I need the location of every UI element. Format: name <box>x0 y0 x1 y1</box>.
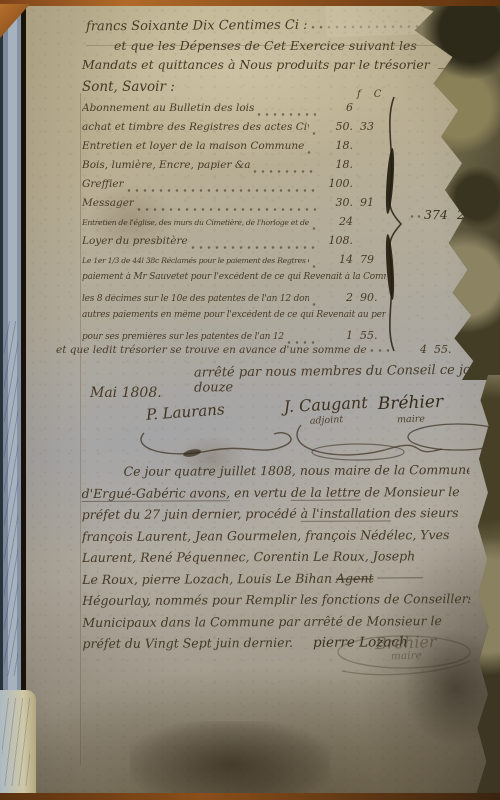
francs-column-header: f <box>357 89 361 100</box>
dotted-leader <box>312 302 316 307</box>
expense-row: Entretien de l'église, des murs du Cimet… <box>82 215 386 234</box>
amount-francs: 18. <box>319 139 353 152</box>
margin-rule-line <box>80 93 81 765</box>
paragraph-text: des sieurs <box>390 505 458 520</box>
total-brace-ink-stroke <box>378 95 408 353</box>
dotted-leader <box>410 214 422 219</box>
expense-label: Bois, lumière, Encre, papier &a <box>82 159 250 171</box>
expense-row: Entretien et loyer de la maison Commune … <box>82 139 386 158</box>
expense-row: Le 1er 1/3 de 44l 38c Réclamés pour le p… <box>82 253 386 272</box>
paragraph-line: d'Ergué-Gabéric avons, en vertu de la le… <box>82 480 470 504</box>
paragraph-line: françois Laurent, Jean Gourmelen, franço… <box>82 523 470 547</box>
amount-francs: 24 <box>319 215 353 228</box>
paper-page: francs Soixante Dix Centimes Ci : 369 et… <box>26 5 500 794</box>
total-francs: 374 <box>424 207 448 222</box>
paragraph-text: Le Roux, pierre Lozach, Louis Le Bihan <box>82 570 336 586</box>
header-line-1-text: francs Soixante Dix Centimes Ci : <box>86 18 308 35</box>
amount-francs: 18. <box>319 158 353 171</box>
signature-brehier-name: Bréhier <box>377 392 443 414</box>
expense-label: achat et timbre des Registres des actes … <box>82 121 309 133</box>
dotted-leader <box>312 131 316 136</box>
expense-label: Greffier <box>82 178 124 190</box>
expense-row: Abonnement au Bulletin des lois 6 <box>82 101 386 120</box>
previous-page-edge <box>0 5 26 794</box>
paragraph-text: en vertu <box>230 484 291 499</box>
manuscript-page-photo: francs Soixante Dix Centimes Ci : 369 et… <box>0 0 500 800</box>
amount-francs: 30. <box>319 196 353 209</box>
ink-stain <box>130 721 330 799</box>
corner-page-writing <box>2 698 30 786</box>
expense-label: Entretien de l'église, des murs du Cimet… <box>82 218 309 227</box>
dotted-leader <box>307 150 316 155</box>
expense-row: Loyer du presbitère 108. <box>82 234 386 253</box>
paragraph-line: Hégourlay, nommés pour Remplir les fonct… <box>82 588 470 612</box>
expense-list: Abonnement au Bulletin des lois 6 achat … <box>82 101 386 348</box>
underlined-phrase: à l'installation <box>301 505 391 521</box>
expense-label-continuation: autres paiements en même pour l'excédent… <box>82 310 386 329</box>
paragraph-text: préfet du Vingt Sept juin dernier. <box>82 635 293 651</box>
header-line-3-text: Mandats et quittances à Nous produits pa… <box>82 57 430 72</box>
dotted-leader <box>127 188 316 193</box>
paragraph-line: Le Roux, pierre Lozach, Louis Le Bihan A… <box>82 566 470 590</box>
final-signature-brehier: Bréhier maire <box>326 630 487 665</box>
amount-francs: 1 <box>319 329 353 342</box>
expense-label: pour ses premières sur les patentes de l… <box>82 332 284 342</box>
dotted-leader <box>312 264 316 269</box>
strike-out-line <box>377 577 423 578</box>
expense-label: Loyer du presbitère <box>82 235 188 247</box>
amount-francs: 2 <box>319 291 353 304</box>
expense-row: Greffier 100. <box>82 177 386 196</box>
header-line-4: Sont, Savoir : <box>82 79 175 95</box>
previous-page-writing <box>4 321 18 676</box>
expense-row: achat et timbre des Registres des actes … <box>82 120 386 139</box>
bottom-left-page-corner <box>0 690 36 794</box>
paragraph-line: Laurent, René Péquennec, Corentin Le Rou… <box>82 545 470 569</box>
paragraph-line: Ce jour quatre juillet 1808, nous maire … <box>81 459 469 483</box>
underlined-phrase: de la lettre <box>291 484 361 500</box>
arrete-line: arrêté par nous membres du Conseil ce jo… <box>194 362 500 395</box>
amount-francs: 50. <box>319 120 353 133</box>
paragraph-text: de Monsieur le <box>361 484 460 500</box>
dotted-leader <box>253 169 316 174</box>
amount-francs: 14 <box>319 253 353 266</box>
balance-text: et que ledit trésorier se trouve en avan… <box>56 344 367 356</box>
expense-label: Entretien et loyer de la maison Commune <box>82 140 304 152</box>
amount-francs: 6 <box>319 101 353 114</box>
underlined-phrase: d'Ergué-Gabéric avons, <box>82 485 231 502</box>
expense-row: Messager 30. 91 <box>82 196 386 215</box>
amount-francs: 108. <box>319 234 353 247</box>
expense-label: Le 1er 1/3 de 44l 38c Réclamés pour le p… <box>82 256 309 265</box>
dotted-leader <box>370 348 390 353</box>
expense-label: Abonnement au Bulletin des lois <box>82 102 254 114</box>
paragraph-text: préfet du 27 juin dernier, procédé <box>82 506 301 522</box>
book-edge-top <box>0 0 500 6</box>
expense-label-continuation: paiement à Mr Sauvetet pour l'excédent d… <box>82 272 386 291</box>
expense-row: Bois, lumière, Encre, papier &a 18. <box>82 158 386 177</box>
paragraph-line: préfet du 27 juin dernier, procédé à l'i… <box>82 502 470 526</box>
date-line: Mai 1808. <box>90 385 162 401</box>
dotted-leader <box>137 207 316 212</box>
dotted-leader <box>257 112 316 117</box>
expense-row: les 8 décimes sur le 10e des patentes de… <box>82 291 386 310</box>
book-edge-bottom <box>0 793 500 800</box>
dotted-leader <box>191 245 316 250</box>
expense-label: les 8 décimes sur le 10e des patentes de… <box>82 294 309 304</box>
balance-centimes: 55. <box>434 343 460 356</box>
header-line-2: et que les Dépenses de Cet Exercice suiv… <box>114 38 417 53</box>
amount-francs: 100. <box>319 177 353 190</box>
expense-label: Messager <box>82 197 134 209</box>
balance-francs: 4 <box>393 343 427 356</box>
treasurer-balance-line: et que ledit trésorier se trouve en avan… <box>56 343 460 356</box>
header-line-3: Mandats et quittances à Nous produits pa… <box>82 57 486 73</box>
dotted-leader <box>312 226 316 231</box>
struck-word: Agent <box>336 570 374 585</box>
